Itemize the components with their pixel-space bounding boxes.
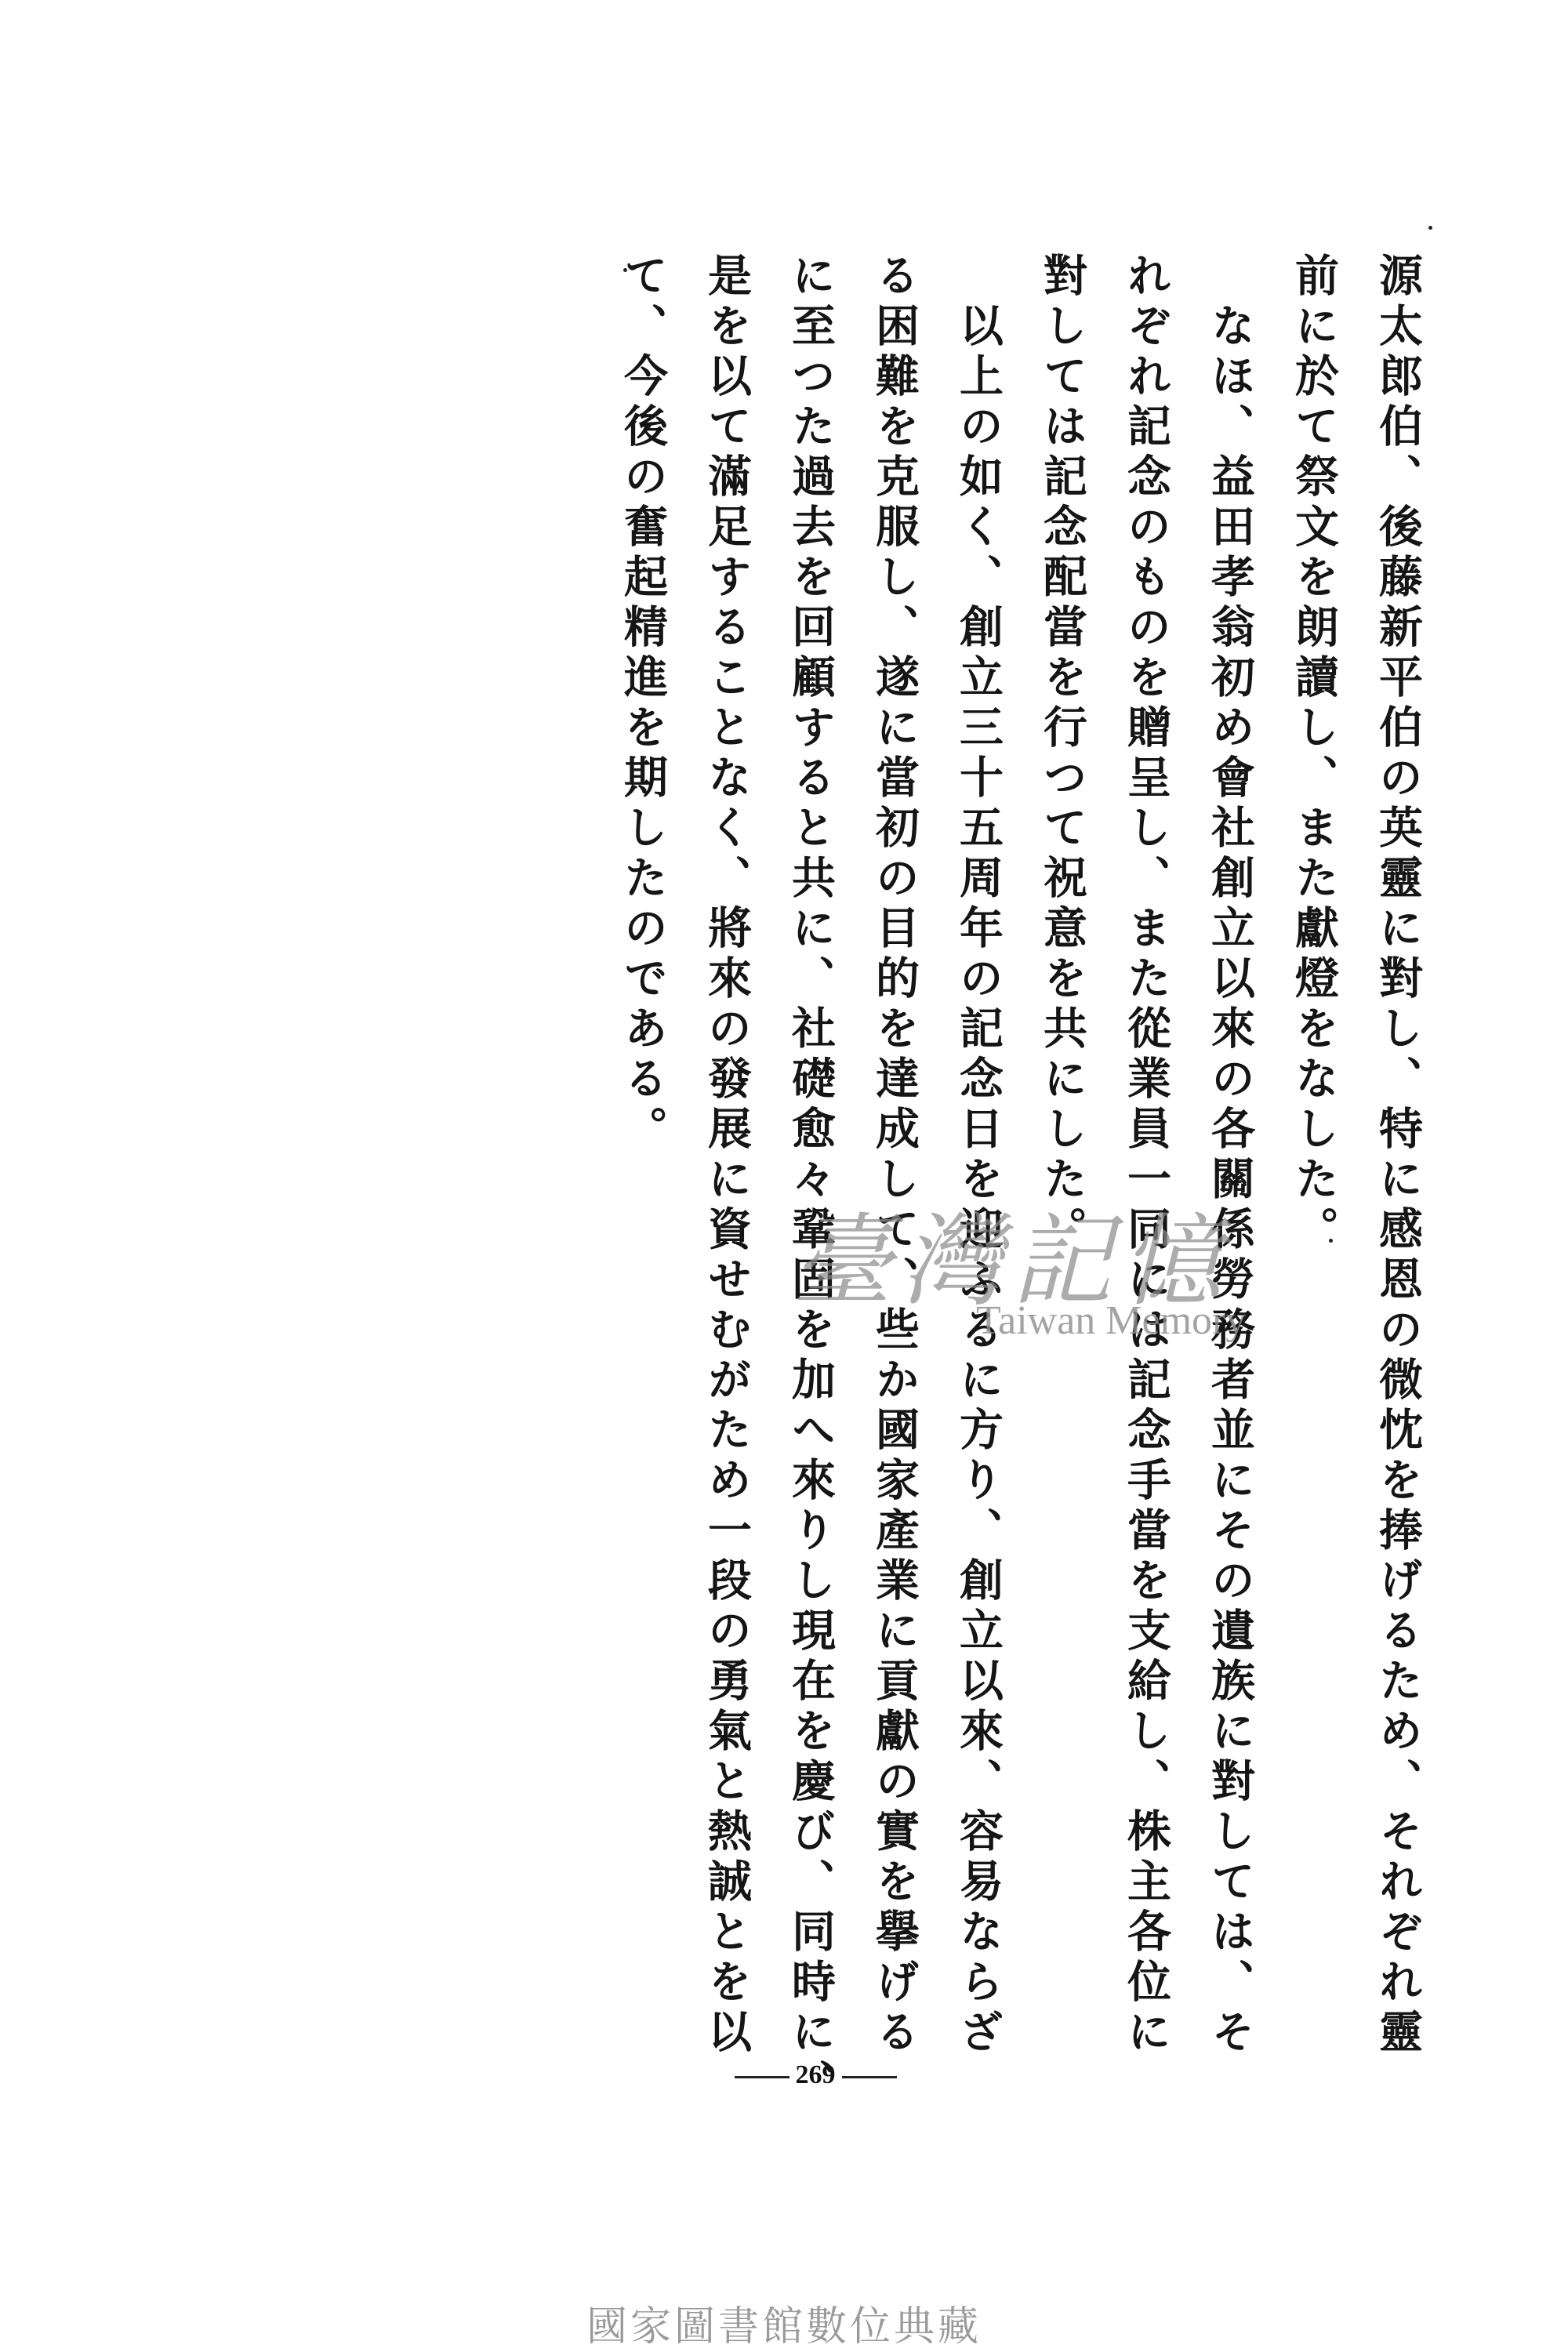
scan-speck (623, 268, 627, 272)
text-column-3: なほ、益田孝翁初め會社創立以來の各關係勞務者並にその遺族に對しては、そ (1191, 252, 1269, 2074)
text-column-4: れぞれ記念のものを贈呈し、また從業員一同には記念手當を支給し、株主各位に (1107, 252, 1185, 2024)
scan-speck (1428, 226, 1432, 230)
text-column-1: 源太郎伯、後藤新平伯の英靈に對し、特に感恩の微忱を捧げるため、それぞれ靈 (1359, 252, 1437, 2024)
text-column-2: 前に於て祭文を朗讀し、また獻燈をなした。 (1275, 252, 1353, 2024)
dash-left-icon (735, 2076, 789, 2078)
text-column-9: 是を以て滿足することなく、將來の發展に資せむがため一段の勇氣と熱誠とを以 (688, 252, 766, 2024)
scanned-book-page: 源太郎伯、後藤新平伯の英靈に對し、特に感恩の微忱を捧げるため、それぞれ靈 前に於… (0, 0, 1568, 2352)
watermark-taiwan-memory-text: Taiwan Memory (976, 1298, 1246, 1344)
text-column-7: る困難を克服し、遂に當初の目的を達成して、些か國家產業に貢獻の實を擧げる (855, 252, 934, 2024)
page-number-value: 269 (796, 2060, 836, 2089)
text-column-5: 對しては記念配當を行つて祝意を共にした。 (1023, 252, 1102, 2024)
text-column-10: て、今後の奮起精進を期したのである。 (604, 252, 682, 2024)
footer-library-credit: 國家圖書館數位典藏 (0, 2293, 1568, 2352)
dash-right-icon (842, 2076, 897, 2078)
text-column-8: に至つた過去を回顧すると共に、社礎愈々鞏固を加へ來りし現在を慶び、同時に、 (771, 252, 850, 2024)
text-column-6: 以上の如く、創立三十五周年の記念日を迎ふるに方り、創立以來、容易ならざ (939, 252, 1018, 2074)
scan-speck (1329, 1239, 1333, 1243)
page-number: 269 (0, 2060, 1568, 2090)
